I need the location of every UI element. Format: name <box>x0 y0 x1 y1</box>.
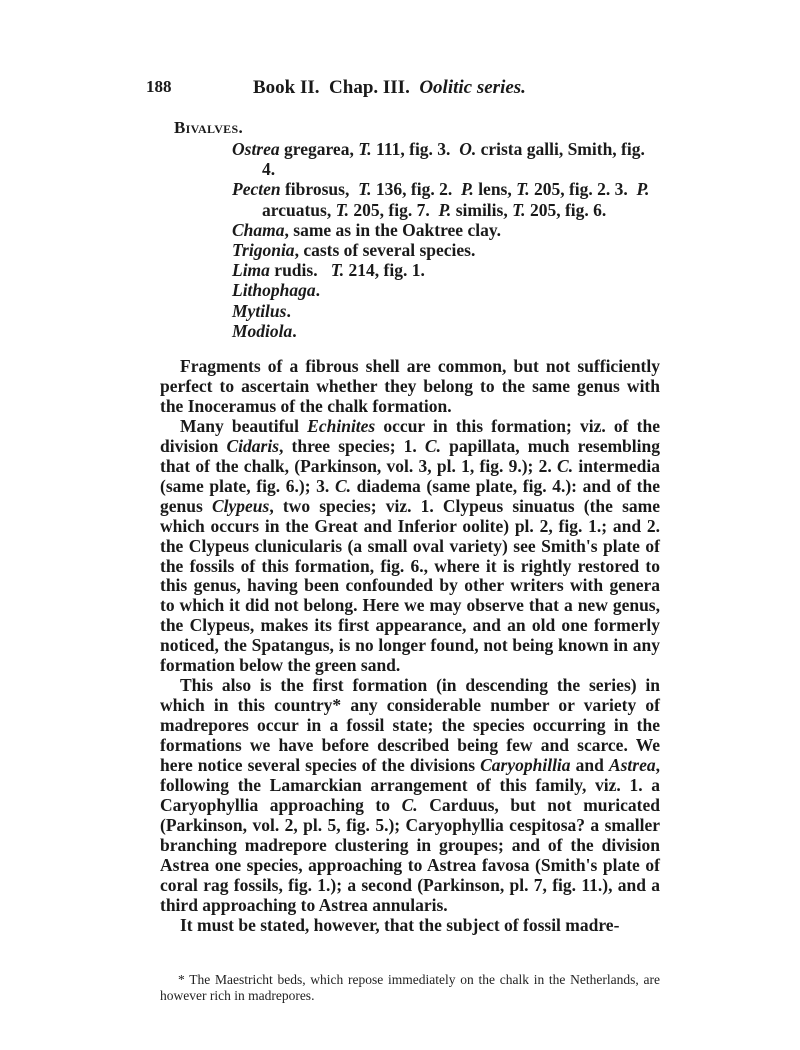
entry-text: . <box>316 280 320 300</box>
ref-abbrev: T. <box>358 179 371 199</box>
entry-text: 214, fig. 1. <box>344 260 425 280</box>
entry-text: . <box>292 321 296 341</box>
italic-term: Cidaris <box>227 436 280 456</box>
ref-abbrev: T. <box>516 179 529 199</box>
section-heading: Bivalves. <box>174 118 243 138</box>
book-page: 188 Book II. Chap. III. Oolitic series. … <box>0 0 800 1050</box>
list-item: Lima rudis. T. 214, fig. 1. <box>232 260 662 280</box>
list-item: Ostrea gregarea, T. 111, fig. 3. O. cris… <box>232 139 662 179</box>
ref-abbrev: T. <box>512 200 525 220</box>
ref-abbrev: T. <box>336 200 349 220</box>
entry-text: gregarea, <box>280 139 359 159</box>
text-run: Many beautiful <box>180 416 307 436</box>
entry-text: fibrosus, <box>281 179 358 199</box>
page-number: 188 <box>146 77 172 97</box>
italic-term: C. <box>557 456 573 476</box>
italic-term: C. <box>425 436 441 456</box>
footnote: * The Maestricht beds, which repose imme… <box>160 972 660 1004</box>
list-item: Chama, same as in the Oaktree clay. <box>232 220 662 240</box>
ref-abbrev: O. <box>459 139 476 159</box>
running-header: 188 Book II. Chap. III. Oolitic series. <box>146 77 666 103</box>
ref-abbrev: P. <box>461 179 474 199</box>
list-item: Modiola. <box>232 321 662 341</box>
genus-name: Ostrea <box>232 139 280 159</box>
entry-text: 205, fig. 6. <box>526 200 607 220</box>
text-run: and <box>571 755 609 775</box>
entry-text: . <box>286 301 290 321</box>
footnote-text: * The Maestricht beds, which repose imme… <box>160 972 660 1004</box>
italic-term: C. <box>402 795 418 815</box>
entry-text: 205, fig. 7. <box>349 200 438 220</box>
genus-name: Modiola <box>232 321 292 341</box>
italic-term: Clypeus <box>212 496 269 516</box>
paragraph: It must be stated, however, that the sub… <box>160 916 660 936</box>
genus-name: Chama <box>232 220 285 240</box>
genus-name: Trigonia <box>232 240 295 260</box>
text-run: , three species; 1. <box>279 436 425 456</box>
paragraph: Fragments of a fibrous shell are common,… <box>160 357 660 417</box>
italic-term: Caryophillia <box>480 755 570 775</box>
genus-name: Lithophaga <box>232 280 316 300</box>
list-item: Mytilus. <box>232 301 662 321</box>
italic-term: Echinites <box>307 416 375 436</box>
entry-text: similis, <box>451 200 512 220</box>
genus-name: Mytilus <box>232 301 286 321</box>
list-item: Lithophaga. <box>232 280 662 300</box>
entry-text: , casts of several species. <box>295 240 476 260</box>
entry-text: 205, fig. 2. 3. <box>530 179 637 199</box>
ref-abbrev: P. <box>637 179 650 199</box>
entry-text: , same as in the Oaktree clay. <box>285 220 501 240</box>
body-text: Fragments of a fibrous shell are common,… <box>160 357 660 936</box>
ref-abbrev: P. <box>439 200 452 220</box>
italic-term: C. <box>335 476 351 496</box>
paragraph: Many beautiful Echinites occur in this f… <box>160 417 660 676</box>
entry-text: arcuatus, <box>262 200 336 220</box>
ref-abbrev: T. <box>358 139 371 159</box>
paragraph: This also is the first formation (in des… <box>160 676 660 915</box>
genus-name: Pecten <box>232 179 281 199</box>
text-run: , two species; viz. 1. Clypeus sinuatus … <box>160 496 660 676</box>
entry-text: 111, fig. 3. <box>372 139 460 159</box>
ref-abbrev: T. <box>331 260 344 280</box>
italic-term: Astrea <box>609 755 656 775</box>
genus-name: Lima <box>232 260 270 280</box>
bivalves-list: Ostrea gregarea, T. 111, fig. 3. O. cris… <box>232 139 662 341</box>
list-item: Pecten fibrosus, T. 136, fig. 2. P. lens… <box>232 179 662 219</box>
entry-text: 136, fig. 2. <box>372 179 461 199</box>
running-title: Book II. Chap. III. Oolitic series. <box>253 77 526 99</box>
entry-text: lens, <box>474 179 516 199</box>
entry-text: rudis. <box>270 260 331 280</box>
running-title-chapter: Book II. Chap. III. <box>253 77 410 98</box>
running-title-series: Oolitic series. <box>419 77 526 98</box>
list-item: Trigonia, casts of several species. <box>232 240 662 260</box>
